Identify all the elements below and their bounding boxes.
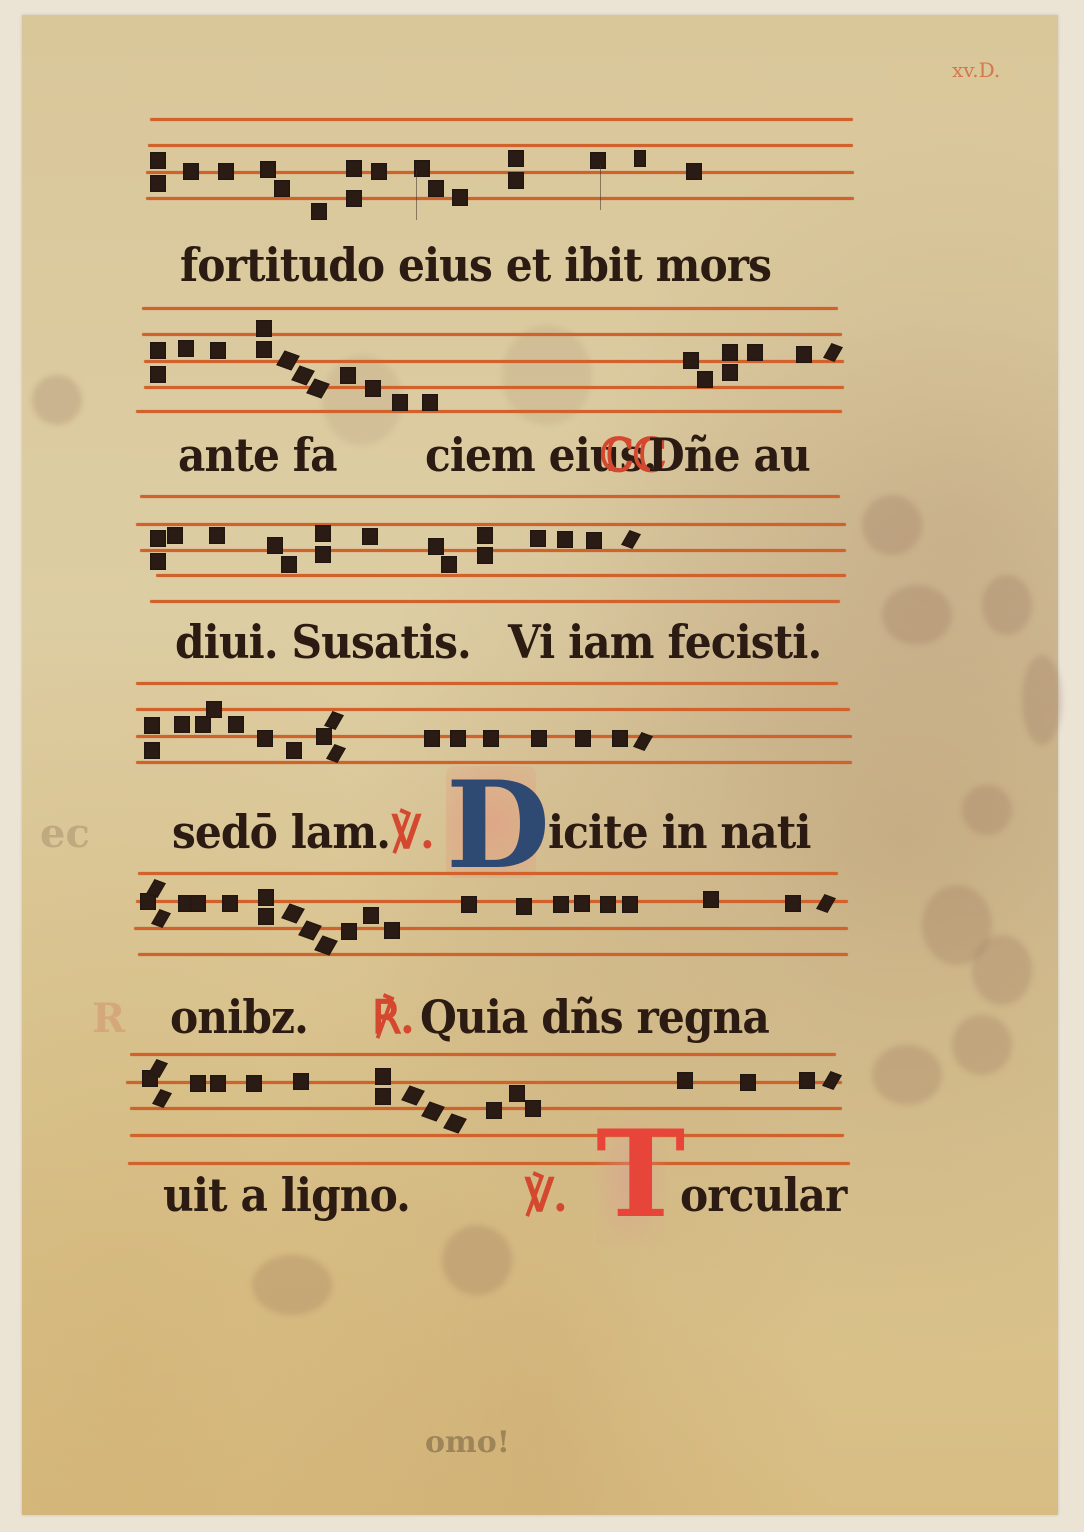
neume: [486, 1102, 502, 1119]
neume: [590, 152, 606, 169]
neume: [260, 161, 276, 178]
neume: [150, 152, 166, 169]
neume: [677, 1072, 693, 1089]
neume: [210, 342, 226, 359]
staff-line: [140, 495, 840, 498]
folio-mark: xv.D.: [952, 58, 1000, 82]
lyric-line-6d: orcular: [680, 1168, 846, 1222]
neume: [183, 163, 199, 180]
neume: [178, 340, 194, 357]
staff-line: [130, 1134, 844, 1137]
rubric-versicle-2: ℣.: [525, 1168, 567, 1222]
staff-line: [136, 410, 842, 413]
neume: [575, 730, 591, 747]
staff-line: [156, 574, 846, 577]
illuminated-initial-d: D: [446, 766, 536, 878]
neume: [516, 898, 532, 915]
neume: [740, 1074, 756, 1091]
stem: [600, 165, 601, 210]
neume: [530, 530, 546, 547]
neume: [371, 163, 387, 180]
staff-line: [126, 1081, 842, 1084]
neume: [600, 896, 616, 913]
lyric-line-4e: icite in nati: [548, 805, 811, 859]
neume: [796, 346, 812, 363]
neume: [461, 896, 477, 913]
neume: [722, 364, 738, 381]
neume: [341, 923, 357, 940]
neume: [150, 342, 166, 359]
staff-line: [138, 872, 838, 875]
neume: [258, 908, 274, 925]
staff-line: [150, 118, 853, 121]
lyric-line-4a: sedō lam.: [172, 805, 390, 859]
neume: [508, 172, 524, 189]
illuminated-initial-t: T: [596, 1115, 666, 1245]
neume: [195, 716, 211, 733]
neume: [799, 1072, 815, 1089]
neume: [363, 907, 379, 924]
stain: [882, 585, 952, 645]
neume: [362, 528, 378, 545]
neume: [246, 1075, 262, 1092]
neume: [150, 175, 166, 192]
neume: [622, 896, 638, 913]
neume: [424, 730, 440, 747]
neume: [286, 742, 302, 759]
neume: [150, 553, 166, 570]
neume: [190, 1075, 206, 1092]
neume: [311, 203, 327, 220]
neume: [375, 1068, 391, 1085]
neume: [174, 716, 190, 733]
neume: [375, 1088, 391, 1105]
staff-line: [136, 682, 838, 685]
neume: [267, 537, 283, 554]
neume: [525, 1100, 541, 1117]
neume: [452, 189, 468, 206]
neume: [346, 190, 362, 207]
staff-line: [138, 953, 848, 956]
lyric-line-1: fortitudo eius et ibit mors: [180, 238, 771, 292]
staff-line: [150, 600, 840, 603]
neume: [144, 742, 160, 759]
stain: [982, 575, 1032, 635]
neume: [392, 394, 408, 411]
neume: [150, 366, 166, 383]
staff-line: [136, 900, 848, 903]
neume: [150, 530, 166, 547]
staff-line: [142, 307, 838, 310]
neume: [258, 889, 274, 906]
neume: [316, 728, 332, 745]
stain: [952, 1015, 1012, 1075]
lyric-line-5c: Quia dñs regna: [420, 990, 769, 1044]
neume: [365, 380, 381, 397]
staff-line: [128, 1162, 850, 1165]
neume: [557, 531, 573, 548]
staff-line: [146, 171, 854, 174]
stain: [1022, 655, 1062, 745]
neume: [256, 341, 272, 358]
neume: [483, 730, 499, 747]
stain: [972, 935, 1032, 1005]
neume: [747, 344, 763, 361]
neume: [428, 538, 444, 555]
staff-line: [148, 144, 853, 147]
neume: [422, 394, 438, 411]
rubric-versicle: ℣.: [392, 805, 434, 859]
neume: [531, 730, 547, 747]
neume: [228, 716, 244, 733]
staff-line: [136, 708, 850, 711]
neume: [441, 556, 457, 573]
stain: [962, 785, 1012, 835]
stain: [442, 1225, 512, 1295]
neume: [340, 367, 356, 384]
neume: [697, 371, 713, 388]
neume: [477, 527, 493, 544]
stem: [416, 170, 417, 220]
neume: [315, 546, 331, 563]
neume: [686, 163, 702, 180]
neume: [553, 896, 569, 913]
neume: [574, 895, 590, 912]
lyric-line-6a: uit a ligno.: [163, 1168, 410, 1222]
staff-line: [144, 386, 844, 389]
neume: [281, 556, 297, 573]
neume: [315, 525, 331, 542]
staff-line: [136, 523, 846, 526]
show-through-rubric: R: [92, 995, 125, 1042]
rubric-responsory: ℟.: [372, 990, 414, 1044]
neume: [509, 1085, 525, 1102]
neume: [428, 180, 444, 197]
neume: [167, 527, 183, 544]
staff-line: [134, 927, 848, 930]
neume: [683, 352, 699, 369]
neume: [222, 895, 238, 912]
neume: [293, 1073, 309, 1090]
neume: [256, 320, 272, 337]
neume: [210, 1075, 226, 1092]
neume: [206, 701, 222, 718]
stain: [252, 1255, 332, 1315]
staff-line: [142, 333, 842, 336]
lyric-line-3a: diui. Susatis.: [175, 615, 471, 669]
lyric-line-2a: ante fa: [178, 428, 337, 482]
show-through-text: ec: [40, 810, 90, 857]
neume: [785, 895, 801, 912]
stain: [862, 495, 922, 555]
stain: [872, 1045, 942, 1105]
staff-line: [146, 197, 854, 200]
neume: [274, 180, 290, 197]
lyric-line-3b: Vi iam fecisti.: [508, 615, 821, 669]
neume: [384, 922, 400, 939]
neume: [508, 150, 524, 167]
staff-line: [140, 549, 846, 552]
neume: [450, 730, 466, 747]
neume: [477, 547, 493, 564]
staff-line: [130, 1053, 836, 1056]
neume: [703, 891, 719, 908]
lyric-line-5a: onibz.: [170, 990, 308, 1044]
staff-line: [144, 360, 844, 363]
neume: [612, 730, 628, 747]
neume: [346, 160, 362, 177]
neume: [257, 730, 273, 747]
lyric-line-2d: Dñe au: [648, 428, 810, 482]
neume: [144, 717, 160, 734]
neume: [190, 895, 206, 912]
neume: [722, 344, 738, 361]
neume: [586, 532, 602, 549]
neume: [218, 163, 234, 180]
catchword: omo!: [425, 1425, 510, 1460]
neume: [634, 150, 646, 167]
stain: [32, 375, 82, 425]
neume: [209, 527, 225, 544]
